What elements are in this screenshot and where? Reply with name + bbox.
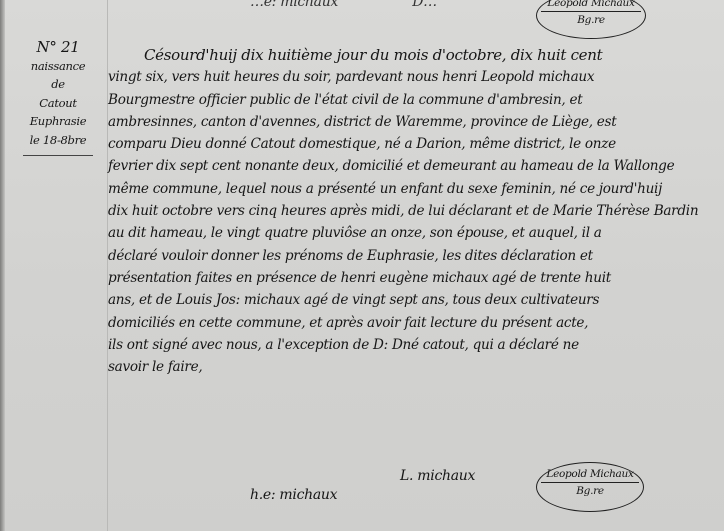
mayor-signature-stamp-top: Leopold Michaux Bg.re — [536, 0, 646, 39]
margin-line: Euphrasie — [12, 112, 104, 131]
record-line: Césourd'huij dix huitième jour du mois d… — [108, 44, 720, 66]
stamp-title: Bg.re — [537, 484, 643, 498]
record-line: présentation faites en présence de henri… — [108, 267, 720, 289]
stamp-title: Bg.re — [537, 13, 645, 27]
record-line: fevrier dix sept cent nonante deux, domi… — [108, 155, 720, 177]
margin-line: naissance — [12, 57, 104, 76]
margin-underline — [23, 155, 93, 156]
stamp-rule — [541, 11, 641, 12]
register-page: …e: michaux D… Leopold Michaux Bg.re N° … — [0, 0, 724, 531]
record-line: domiciliés en cette commune, et après av… — [108, 312, 720, 334]
stamp-name: Leopold Michaux — [537, 0, 645, 10]
record-line: savoir le faire, — [108, 356, 720, 378]
entry-number: N° 21 — [12, 38, 104, 57]
stamp-rule — [541, 482, 639, 483]
margin-line: de — [12, 75, 104, 94]
record-line: ans, et de Louis Jos: michaux agé de vin… — [108, 289, 720, 311]
margin-line: Catout — [12, 94, 104, 113]
header-signature: D… — [412, 0, 437, 10]
record-line: ils ont signé avec nous, a l'exception d… — [108, 334, 720, 356]
record-line: dix huit octobre vers cinq heures après … — [108, 200, 720, 222]
record-line: au dit hameau, le vingt quatre pluviôse … — [108, 222, 720, 244]
record-line: comparu Dieu donné Catout domestique, né… — [108, 133, 720, 155]
mayor-signature-stamp-bottom: Leopold Michaux Bg.re — [536, 462, 644, 512]
record-body: Césourd'huij dix huitième jour du mois d… — [108, 44, 720, 378]
record-line: ambresinnes, canton d'avennes, district … — [108, 111, 720, 133]
margin-line: le 18-8bre — [12, 131, 104, 150]
page-edge-shadow — [0, 0, 5, 531]
record-line: même commune, lequel nous a présenté un … — [108, 178, 720, 200]
previous-entry-signatures: …e: michaux D… — [250, 0, 507, 10]
stamp-name: Leopold Michaux — [537, 467, 643, 481]
record-line: déclaré vouloir donner les prénoms de Eu… — [108, 245, 720, 267]
witness-signature: h.e: michaux — [250, 487, 337, 503]
witness-signature: L. michaux — [400, 468, 475, 484]
record-line: vingt six, vers huit heures du soir, par… — [108, 66, 720, 88]
record-line: Bourgmestre officier public de l'état ci… — [108, 89, 720, 111]
margin-annotation: N° 21 naissance de Catout Euphrasie le 1… — [12, 38, 104, 156]
header-signature: …e: michaux — [250, 0, 338, 10]
